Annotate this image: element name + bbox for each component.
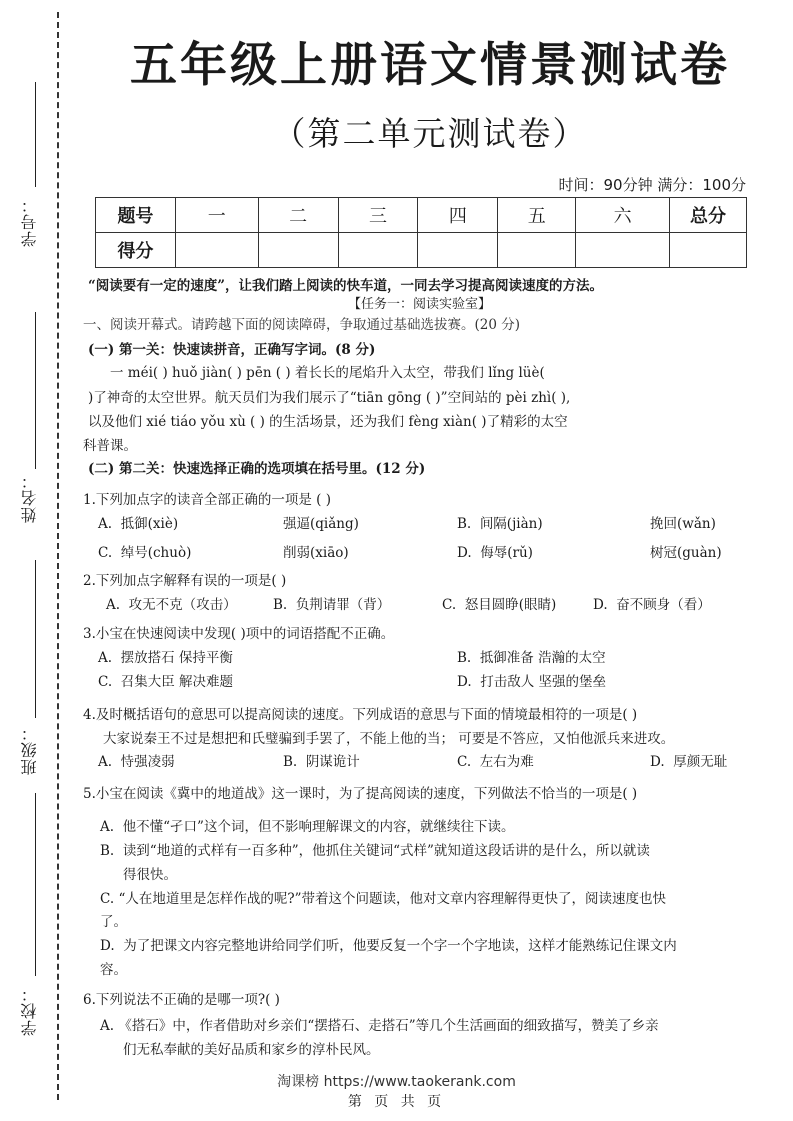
question-5-stem: 5.小宝在阅读《冀中的地道战》这一课时，为了提高阅读的速度，下列做法不恰当的一项… (83, 785, 637, 803)
option-text: 绰号(chuò) (121, 545, 192, 561)
option-text: 削弱(xiāo) (283, 545, 349, 561)
question-2-stem: 2.下列加点字解释有误的一项是( ) (83, 572, 286, 590)
page-subtitle: （第二单元测试卷） (80, 108, 780, 155)
option-label: D. (593, 597, 608, 613)
q3-option-b[interactable]: B. 抵御准备 浩瀚的太空 (457, 649, 606, 667)
q2-option-c[interactable]: C. 怒目圆睁(眼睛) (442, 596, 556, 614)
option-text: 挽回(wǎn) (650, 516, 716, 532)
option-text: 打击敌人 坚强的堡垒 (480, 674, 606, 690)
option-text: 侮辱(rǔ) (480, 545, 533, 561)
q1-option-b2: 挽回(wǎn) (650, 515, 716, 533)
option-text: 抵御(xiè) (121, 516, 178, 532)
q1-option-c2: 削弱(xiāo) (283, 544, 349, 562)
option-text-cont: 了。 (100, 913, 127, 931)
class-label: 班级： (18, 724, 42, 775)
option-label: A. (100, 1018, 114, 1034)
option-label: B. (100, 843, 114, 859)
option-text: 他不懂“孑口”这个词，但不影响理解课文的内容，就继续往下读。 (123, 819, 515, 835)
col-header: 四 (418, 198, 498, 233)
q4-option-a[interactable]: A. 恃强凌弱 (98, 753, 175, 771)
score-cell[interactable] (576, 233, 670, 268)
option-text: 攻无不克（攻击） (129, 597, 237, 613)
name-line[interactable] (35, 312, 36, 469)
option-label: C. (98, 545, 112, 561)
option-text: 读到“地道的式样有一百多种”，他抓住关键词“式样”就知道这段话讲的是什么，所以就… (123, 843, 650, 859)
question-4-stem: 4.及时概括语句的意思可以提高阅读的速度。下列成语的意思与下面的情境最相符的一项… (83, 706, 637, 724)
score-cell[interactable] (498, 233, 576, 268)
option-text: 厚颜无耻 (673, 754, 727, 770)
option-text: 摆放搭石 保持平衡 (121, 650, 233, 666)
col-header-total: 总分 (670, 198, 747, 233)
school-label: 学校： (18, 985, 42, 1036)
option-text: “人在地道里是怎样作战的呢?”带着这个问题读，他对文章内容理解得更快了，阅读速度… (118, 891, 666, 907)
q4-option-c[interactable]: C. 左右为难 (457, 753, 534, 771)
q3-option-c[interactable]: C. 召集大臣 解决难题 (98, 673, 233, 691)
option-label: B. (283, 754, 297, 770)
part1-heading: (一) 第一关：快速读拼音，正确写字词。(8 分) (88, 341, 375, 359)
question-4-context: 大家说秦王不过是想把和氏璧骗到手罢了，不能上他的当； 可要是不答应，又怕他派兵来… (103, 730, 674, 748)
intro-text: “阅读要有一定的速度”，让我们踏上阅读的快车道，一同去学习提高阅读速度的方法。 (88, 277, 603, 295)
q3-option-a[interactable]: A. 摆放搭石 保持平衡 (98, 649, 233, 667)
option-label: B. (457, 516, 471, 532)
option-label: A. (98, 516, 112, 532)
footer-page-number: 第 页 共 页 (0, 1091, 793, 1111)
pinyin-line: 一 méi( ) huǒ jiàn( ) pēn ( ) 着长长的尾焰升入太空，… (110, 364, 545, 382)
score-cell-total[interactable] (670, 233, 747, 268)
option-text: 恃强凌弱 (121, 754, 175, 770)
option-label: C. (442, 597, 456, 613)
option-label: C. (457, 754, 471, 770)
q1-option-a2: 强逼(qiǎng) (283, 515, 359, 533)
cut-line (57, 12, 59, 1100)
q6-option-a[interactable]: A. 《搭石》中，作者借助对乡亲们“摆搭石、走搭石”等几个生活画面的细致描写，赞… (100, 1017, 659, 1035)
row-header-score: 得分 (96, 233, 176, 268)
option-text: 强逼(qiǎng) (283, 516, 359, 532)
col-header: 五 (498, 198, 576, 233)
option-text: 间隔(jiàn) (480, 516, 543, 532)
q1-option-c[interactable]: C. 绰号(chuò) (98, 544, 191, 562)
col-header: 二 (258, 198, 338, 233)
option-label: B. (457, 650, 471, 666)
score-cell[interactable] (338, 233, 418, 268)
option-text: 左右为难 (480, 754, 534, 770)
row-header-question: 题号 (96, 198, 176, 233)
col-header: 三 (338, 198, 418, 233)
option-text: 抵御准备 浩瀚的太空 (480, 650, 606, 666)
section1-heading: 一、阅读开幕式。请跨越下面的阅读障碍，争取通过基础选拔赛。(20 分) (83, 316, 520, 334)
option-label: A. (100, 819, 114, 835)
q3-option-d[interactable]: D. 打击敌人 坚强的堡垒 (457, 673, 606, 691)
score-table-header-row: 题号 一 二 三 四 五 六 总分 (96, 198, 747, 233)
option-text: 为了把课文内容完整地讲给同学们听，他要反复一个字一个字地读，这样才能熟练记住课文… (123, 938, 677, 954)
q5-option-c[interactable]: C. “人在地道里是怎样作战的呢?”带着这个问题读，他对文章内容理解得更快了，阅… (100, 890, 666, 908)
q4-option-b[interactable]: B. 阴谋诡计 (283, 753, 360, 771)
student-id-label: 学号： (18, 196, 42, 247)
question-1-stem: 1.下列加点字的读音全部正确的一项是 ( ) (83, 491, 331, 509)
score-cell[interactable] (175, 233, 258, 268)
option-text: 召集大臣 解决难题 (121, 674, 233, 690)
option-label: B. (273, 597, 287, 613)
name-label: 姓名： (18, 472, 42, 523)
option-text-cont: 容。 (100, 961, 127, 979)
option-label: D. (650, 754, 665, 770)
q2-option-b[interactable]: B. 负荆请罪（背） (273, 596, 390, 614)
option-label: D. (100, 938, 115, 954)
q1-option-a[interactable]: A. 抵御(xiè) (98, 515, 178, 533)
score-table-score-row: 得分 (96, 233, 747, 268)
task1-title: 【任务一：阅读实验室】 (348, 296, 491, 314)
option-text: 树冠(guàn) (650, 545, 722, 561)
q1-option-d2: 树冠(guàn) (650, 544, 722, 562)
option-label: C. (100, 891, 114, 907)
option-label: A. (98, 754, 112, 770)
pinyin-line: 以及他们 xié tiáo yǒu xù ( ) 的生活场景，还为我们 fèng… (88, 413, 568, 431)
pinyin-line: 科普课。 (83, 437, 137, 455)
question-6-stem: 6.下列说法不正确的是哪一项?( ) (83, 991, 280, 1009)
pinyin-line: )了神奇的太空世界。航天员们为我们展示了“tiān gōng ( )”空间站的 … (88, 389, 570, 407)
student-id-line[interactable] (35, 82, 36, 187)
class-line[interactable] (35, 560, 36, 718)
q1-option-d[interactable]: D. 侮辱(rǔ) (457, 544, 533, 562)
option-text: 怒目圆睁(眼睛) (465, 597, 557, 613)
page-title: 五年级上册语文情景测试卷 (80, 28, 780, 95)
option-text-cont: 们无私奉献的美好品质和家乡的淳朴民风。 (123, 1041, 380, 1059)
option-label: C. (98, 674, 112, 690)
school-line[interactable] (35, 793, 36, 976)
q2-option-d[interactable]: D. 奋不顾身（看） (593, 596, 711, 614)
score-table: 题号 一 二 三 四 五 六 总分 得分 (95, 197, 747, 268)
col-header: 六 (576, 198, 670, 233)
q5-option-b[interactable]: B. 读到“地道的式样有一百多种”，他抓住关键词“式样”就知道这段话讲的是什么，… (100, 842, 650, 860)
score-cell[interactable] (418, 233, 498, 268)
q2-option-a[interactable]: A. 攻无不克（攻击） (106, 596, 237, 614)
footer-website[interactable]: 淘课榜 https://www.taokerank.com (0, 1071, 793, 1091)
q4-option-d[interactable]: D. 厚颜无耻 (650, 753, 727, 771)
q1-option-b[interactable]: B. 间隔(jiàn) (457, 515, 543, 533)
question-3-stem: 3.小宝在快速阅读中发现( )项中的词语搭配不正确。 (83, 625, 394, 643)
score-cell[interactable] (258, 233, 338, 268)
option-text-cont: 得很快。 (123, 866, 177, 884)
option-label: A. (98, 650, 112, 666)
option-label: D. (457, 545, 472, 561)
option-label: D. (457, 674, 472, 690)
option-label: A. (106, 597, 120, 613)
part2-heading: (二) 第二关：快速选择正确的选项填在括号里。(12 分) (88, 460, 425, 478)
q5-option-a[interactable]: A. 他不懂“孑口”这个词，但不影响理解课文的内容，就继续往下读。 (100, 818, 514, 836)
option-text: 阴谋诡计 (306, 754, 360, 770)
binding-margin: 学号： 姓名： 班级： 学校： (0, 0, 80, 1121)
option-text: 《搭石》中，作者借助对乡亲们“摆搭石、走搭石”等几个生活画面的细致描写，赞美了乡… (118, 1018, 658, 1034)
col-header: 一 (175, 198, 258, 233)
option-text: 负荆请罪（背） (296, 597, 391, 613)
q5-option-d[interactable]: D. 为了把课文内容完整地讲给同学们听，他要反复一个字一个字地读，这样才能熟练记… (100, 937, 677, 955)
time-info: 时间：90分钟 满分：100分 (559, 174, 747, 195)
option-text: 奋不顾身（看） (616, 597, 711, 613)
